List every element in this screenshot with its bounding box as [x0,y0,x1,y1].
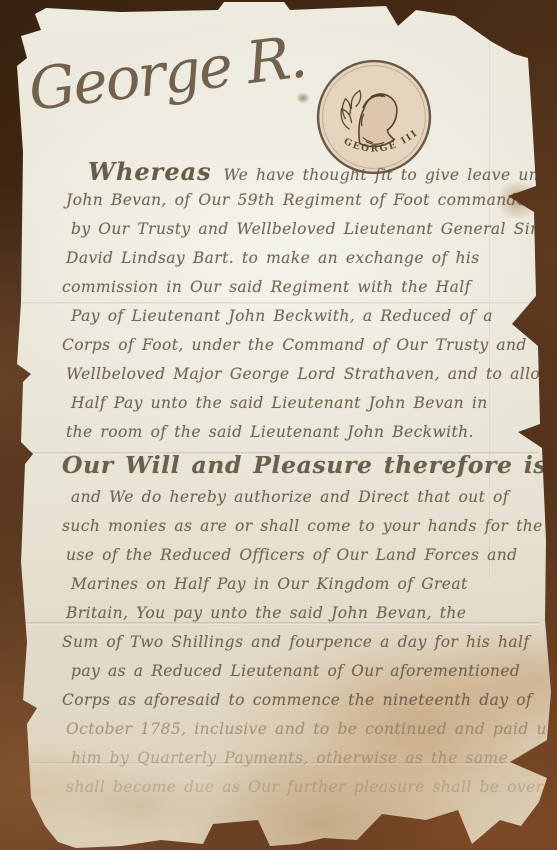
manuscript-line: commission in Our said Regiment with the… [62,273,532,302]
manuscript-line: Our Will and Pleasure therefore is, [62,447,532,483]
manuscript-line: Wellbeloved Major George Lord Strathaven… [66,360,532,389]
manuscript-line: Corps as aforesaid to commence the ninet… [62,686,532,715]
manuscript-line: Sum of Two Shillings and fourpence a day… [62,628,532,657]
manuscript-body: Whereas We have thought fit to give leav… [62,157,532,802]
ink-blot [296,92,310,104]
manuscript-line: Marines on Half Pay in Our Kingdom of Gr… [71,570,532,599]
manuscript-line: Britain, You pay unto the said John Beva… [66,599,532,628]
manuscript-paper: George R. GEORGE III. Whereas We have th… [0,0,557,850]
royal-signature: George R. [25,16,361,124]
manuscript-line: Corps of Foot, under the Command of Our … [62,331,532,360]
manuscript-line: him by Quarterly Payments, otherwise as … [71,744,532,773]
manuscript-line: the room of the said Lieutenant John Bec… [66,418,532,447]
manuscript-line: Pay of Lieutenant John Beckwith, a Reduc… [71,302,532,331]
photo-of-document: { "photo": { "background_wood_color": "#… [0,0,557,850]
manuscript-line: David Lindsay Bart. to make an exchange … [66,244,532,273]
manuscript-line: such monies as are or shall come to your… [62,512,532,541]
manuscript-line: use of the Reduced Officers of Our Land … [66,541,532,570]
manuscript-line: by Our Trusty and Wellbeloved Lieutenant… [71,215,532,244]
manuscript-line: Half Pay unto the said Lieutenant John B… [71,389,532,418]
manuscript-line: shall become due as Our further pleasure… [66,773,532,802]
manuscript-line-lead-word: Whereas [88,157,224,186]
manuscript-line: and We do hereby authorize and Direct th… [71,483,532,512]
manuscript-line: pay as a Reduced Lieutenant of Our afore… [71,657,532,686]
manuscript-line: Whereas We have thought fit to give leav… [88,157,532,186]
manuscript-line: John Bevan, of Our 59th Regiment of Foot… [66,186,532,215]
manuscript-line: October 1785, inclusive and to be contin… [66,715,532,744]
